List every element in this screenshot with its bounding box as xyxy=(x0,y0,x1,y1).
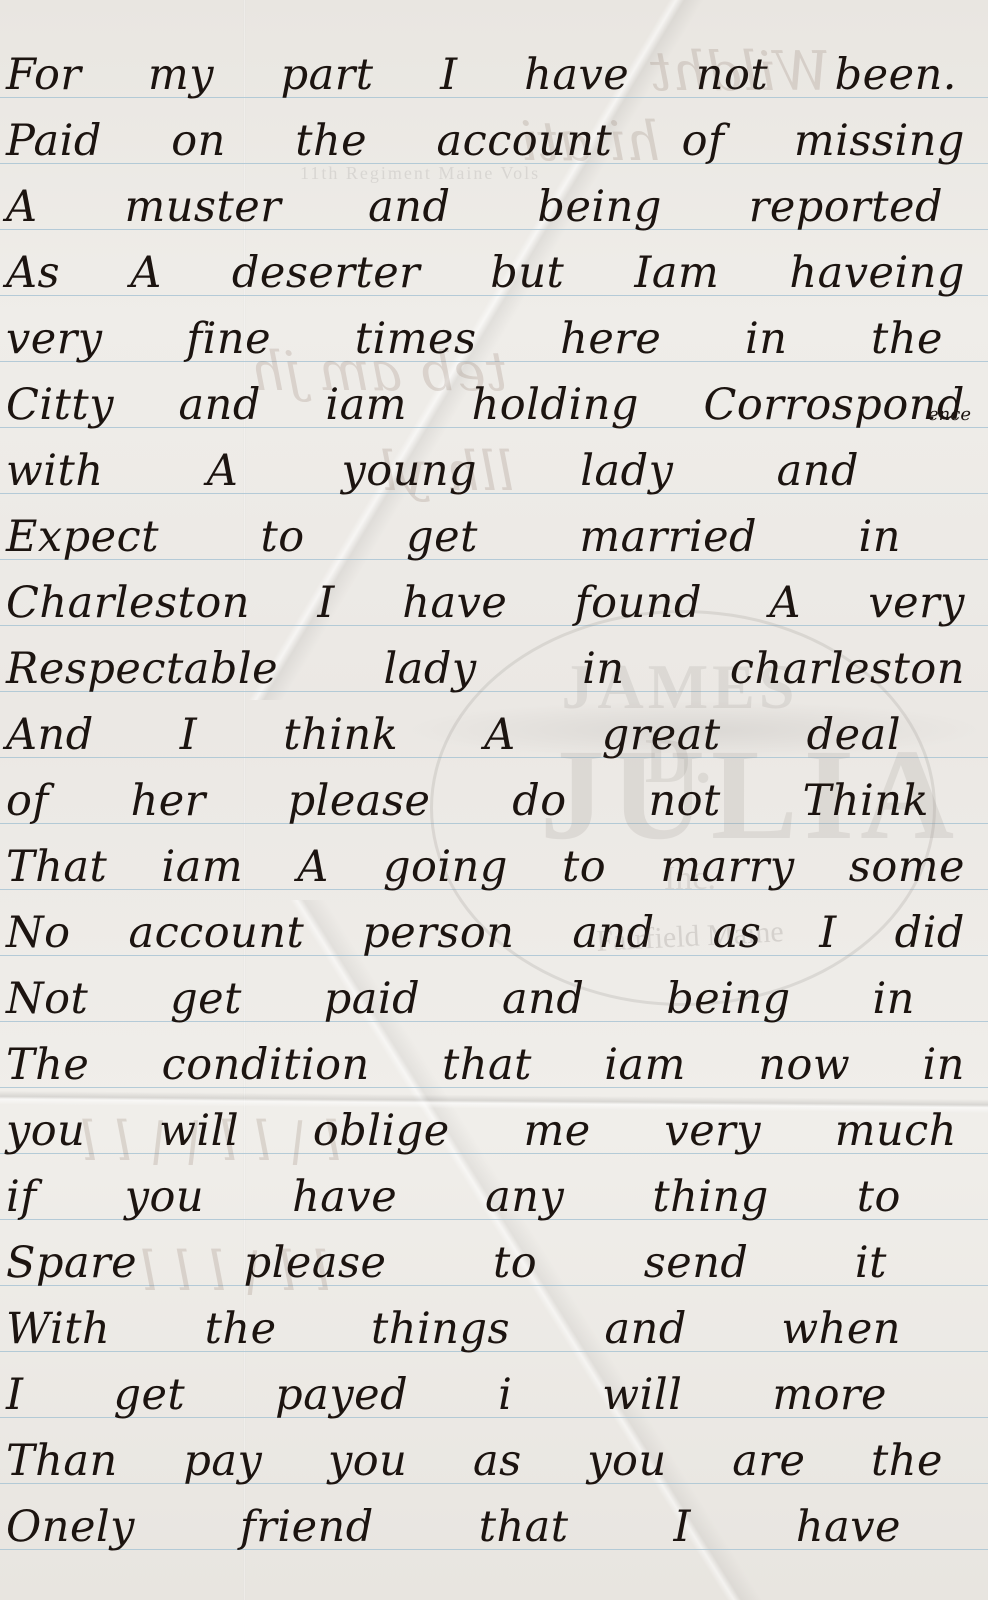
word: charleston xyxy=(730,648,965,691)
word: Onely xyxy=(6,1506,135,1549)
word: it xyxy=(855,1242,887,1285)
interlinear-insertion: ence xyxy=(928,404,971,425)
word: Paid xyxy=(6,120,102,163)
word: reported xyxy=(749,186,943,229)
word: to xyxy=(562,846,606,889)
line-text: CharlestonIhavefoundAvery xyxy=(6,582,965,625)
word: Corrospond xyxy=(703,384,965,427)
word: are xyxy=(732,1440,805,1483)
word: the xyxy=(871,318,943,361)
word: great xyxy=(602,714,721,757)
word: some xyxy=(849,846,965,889)
word: being xyxy=(666,978,790,1021)
word: paid xyxy=(324,978,420,1021)
letter-line: Notgetpaidandbeingin xyxy=(0,959,985,1025)
letter-line: Amusterandbeingreported xyxy=(0,167,985,233)
line-text: veryfinetimeshereinthe xyxy=(6,318,943,361)
word: the xyxy=(295,120,367,163)
word: going xyxy=(383,846,508,889)
word: have xyxy=(292,1176,397,1219)
word: when xyxy=(781,1308,901,1351)
word: young xyxy=(341,450,477,493)
word: iam xyxy=(604,1044,686,1087)
word: A xyxy=(769,582,801,625)
word: that xyxy=(479,1506,569,1549)
word: marry xyxy=(660,846,794,889)
line-text: youwillobligemeverymuch xyxy=(6,1110,957,1153)
letter-line: OnelyfriendthatIhave xyxy=(0,1487,985,1553)
word: with xyxy=(6,450,104,493)
word: I xyxy=(6,1374,24,1417)
word: The xyxy=(6,1044,89,1087)
word: her xyxy=(131,780,206,823)
word: haveing xyxy=(789,252,965,295)
word: A xyxy=(207,450,239,493)
letter-line: Paidontheaccountofmissing xyxy=(0,101,985,167)
word: to xyxy=(260,516,304,559)
letter-line: Theconditionthatiamnowin xyxy=(0,1025,985,1091)
letter-line: CharlestonIhavefoundAvery xyxy=(0,563,985,629)
word: I xyxy=(674,1506,692,1549)
word: found xyxy=(575,582,702,625)
word: And xyxy=(6,714,94,757)
word: Iam xyxy=(634,252,719,295)
word: i xyxy=(498,1374,512,1417)
letter-line: Withthethingsandwhen xyxy=(0,1289,985,1355)
word: and xyxy=(502,978,584,1021)
word: Think xyxy=(803,780,929,823)
word: the xyxy=(871,1440,943,1483)
letter-line: CittyandiamholdingCorrospond xyxy=(0,365,985,431)
word: oblige xyxy=(313,1110,450,1153)
word: Expect xyxy=(6,516,159,559)
word: friend xyxy=(240,1506,374,1549)
word: A xyxy=(130,252,162,295)
line-text: NoaccountpersonandasIdid xyxy=(6,912,965,955)
scan-margin xyxy=(988,0,996,1600)
word: and xyxy=(605,1308,687,1351)
word: very xyxy=(868,582,965,625)
line-text: Amusterandbeingreported xyxy=(6,186,943,229)
word: thing xyxy=(652,1176,768,1219)
line-text: Notgetpaidandbeingin xyxy=(6,978,915,1021)
word: my xyxy=(148,54,214,97)
letter-line: FormypartIhavenotbeen. xyxy=(0,35,985,101)
word: me xyxy=(523,1110,590,1153)
word: part xyxy=(281,54,374,97)
word: deal xyxy=(807,714,901,757)
word: more xyxy=(772,1374,887,1417)
word: of xyxy=(6,780,49,823)
word: account xyxy=(128,912,304,955)
line-text: ThatiamAgoingtomarrysome xyxy=(6,846,965,889)
word: A xyxy=(297,846,329,889)
word: the xyxy=(205,1308,277,1351)
line-text: withAyoungladyand xyxy=(6,450,859,493)
line-text: AsAdeserterbutIamhaveing xyxy=(6,252,965,295)
letter-line: ThatiamAgoingtomarrysome xyxy=(0,827,985,893)
word: in xyxy=(922,1044,964,1087)
line-text: Thanpayyouasyouarethe xyxy=(6,1440,943,1483)
word: did xyxy=(895,912,965,955)
word: will xyxy=(602,1374,682,1417)
word: you xyxy=(125,1176,204,1219)
word: holding xyxy=(472,384,639,427)
word: in xyxy=(582,648,624,691)
word: get xyxy=(113,1374,185,1417)
word: things xyxy=(371,1308,510,1351)
word: married xyxy=(579,516,757,559)
word: and xyxy=(368,186,450,229)
word: please xyxy=(244,1242,387,1285)
word: fine xyxy=(186,318,271,361)
word: For xyxy=(6,54,81,97)
word: being xyxy=(537,186,661,229)
letter-line: Respectableladyincharleston xyxy=(0,629,985,695)
word: think xyxy=(283,714,398,757)
line-text: AndIthinkAgreatdeal xyxy=(6,714,901,757)
line-text: Withthethingsandwhen xyxy=(6,1308,901,1351)
line-text: Respectableladyincharleston xyxy=(6,648,965,691)
word: account xyxy=(436,120,612,163)
word: condition xyxy=(162,1044,370,1087)
word: much xyxy=(835,1110,957,1153)
line-text: ifyouhaveanythingto xyxy=(6,1176,901,1219)
word: deserter xyxy=(232,252,420,295)
word: you xyxy=(6,1110,85,1153)
letter-line: ifyouhaveanythingto xyxy=(0,1157,985,1223)
word: lady xyxy=(580,450,673,493)
word: you xyxy=(328,1440,407,1483)
word: get xyxy=(406,516,478,559)
word: as xyxy=(473,1440,522,1483)
letter-line: ofherpleasedonotThink xyxy=(0,761,985,827)
word: have xyxy=(402,582,507,625)
word: get xyxy=(170,978,242,1021)
word: on xyxy=(171,120,226,163)
line-text: Paidontheaccountofmissing xyxy=(6,120,965,163)
letter-line: youwillobligemeverymuch xyxy=(0,1091,985,1157)
word: to xyxy=(493,1242,537,1285)
word: in xyxy=(859,516,901,559)
word: not xyxy=(696,54,768,97)
word: Citty xyxy=(6,384,114,427)
word: I xyxy=(180,714,198,757)
word: not xyxy=(648,780,720,823)
letter-line: AsAdeserterbutIamhaveing xyxy=(0,233,985,299)
word: lady xyxy=(383,648,476,691)
word: have xyxy=(796,1506,901,1549)
word: payed xyxy=(275,1374,408,1417)
word: any xyxy=(485,1176,564,1219)
word: and xyxy=(777,450,859,493)
word: in xyxy=(745,318,787,361)
line-text: Igetpayediwillmore xyxy=(6,1374,887,1417)
letter-page: Wildht hi ati teb am jh llh yl l \ l l \… xyxy=(0,0,988,1600)
letter-line: Sparepleasetosendit xyxy=(0,1223,985,1289)
word: do xyxy=(512,780,566,823)
word: but xyxy=(490,252,564,295)
word: I xyxy=(440,54,458,97)
word: as xyxy=(713,912,762,955)
word: here xyxy=(560,318,661,361)
word: Charleston xyxy=(6,582,250,625)
word: With xyxy=(6,1308,110,1351)
word: have xyxy=(524,54,629,97)
word: Than xyxy=(6,1440,118,1483)
word: you xyxy=(587,1440,666,1483)
word: please xyxy=(288,780,431,823)
word: very xyxy=(6,318,103,361)
word: Not xyxy=(6,978,88,1021)
letter-line: Expecttogetmarriedin xyxy=(0,497,985,563)
word: will xyxy=(159,1110,239,1153)
word: iam xyxy=(325,384,407,427)
word: to xyxy=(857,1176,901,1219)
word: muster xyxy=(124,186,281,229)
word: been. xyxy=(835,54,957,97)
word: As xyxy=(6,252,60,295)
word: very xyxy=(664,1110,761,1153)
word: times xyxy=(355,318,477,361)
word: A xyxy=(484,714,516,757)
word: missing xyxy=(794,120,965,163)
letter-line: veryfinetimeshereinthe xyxy=(0,299,985,365)
letter-line: withAyoungladyand xyxy=(0,431,985,497)
line-text: Theconditionthatiamnowin xyxy=(6,1044,965,1087)
word: in xyxy=(873,978,915,1021)
word: person xyxy=(362,912,514,955)
line-text: CittyandiamholdingCorrospond xyxy=(6,384,965,427)
word: I xyxy=(819,912,837,955)
line-text: ofherpleasedonotThink xyxy=(6,780,929,823)
word: that xyxy=(442,1044,532,1087)
word: That xyxy=(6,846,107,889)
letter-line: NoaccountpersonandasIdid xyxy=(0,893,985,959)
letter-line: Thanpayyouasyouarethe xyxy=(0,1421,985,1487)
word: now xyxy=(758,1044,850,1087)
line-text: FormypartIhavenotbeen. xyxy=(6,54,957,97)
letter-line: Igetpayediwillmore xyxy=(0,1355,985,1421)
line-text: OnelyfriendthatIhave xyxy=(6,1506,901,1549)
letter-line: AndIthinkAgreatdeal xyxy=(0,695,985,761)
word: I xyxy=(317,582,335,625)
word: and xyxy=(572,912,654,955)
line-text: Sparepleasetosendit xyxy=(6,1242,887,1285)
word: Spare xyxy=(6,1242,137,1285)
word: Respectable xyxy=(6,648,278,691)
word: pay xyxy=(183,1440,262,1483)
word: A xyxy=(6,186,38,229)
word: send xyxy=(644,1242,749,1285)
word: of xyxy=(682,120,725,163)
word: and xyxy=(179,384,261,427)
word: if xyxy=(6,1176,37,1219)
line-text: Expecttogetmarriedin xyxy=(6,516,901,559)
word: iam xyxy=(161,846,243,889)
word: No xyxy=(6,912,71,955)
